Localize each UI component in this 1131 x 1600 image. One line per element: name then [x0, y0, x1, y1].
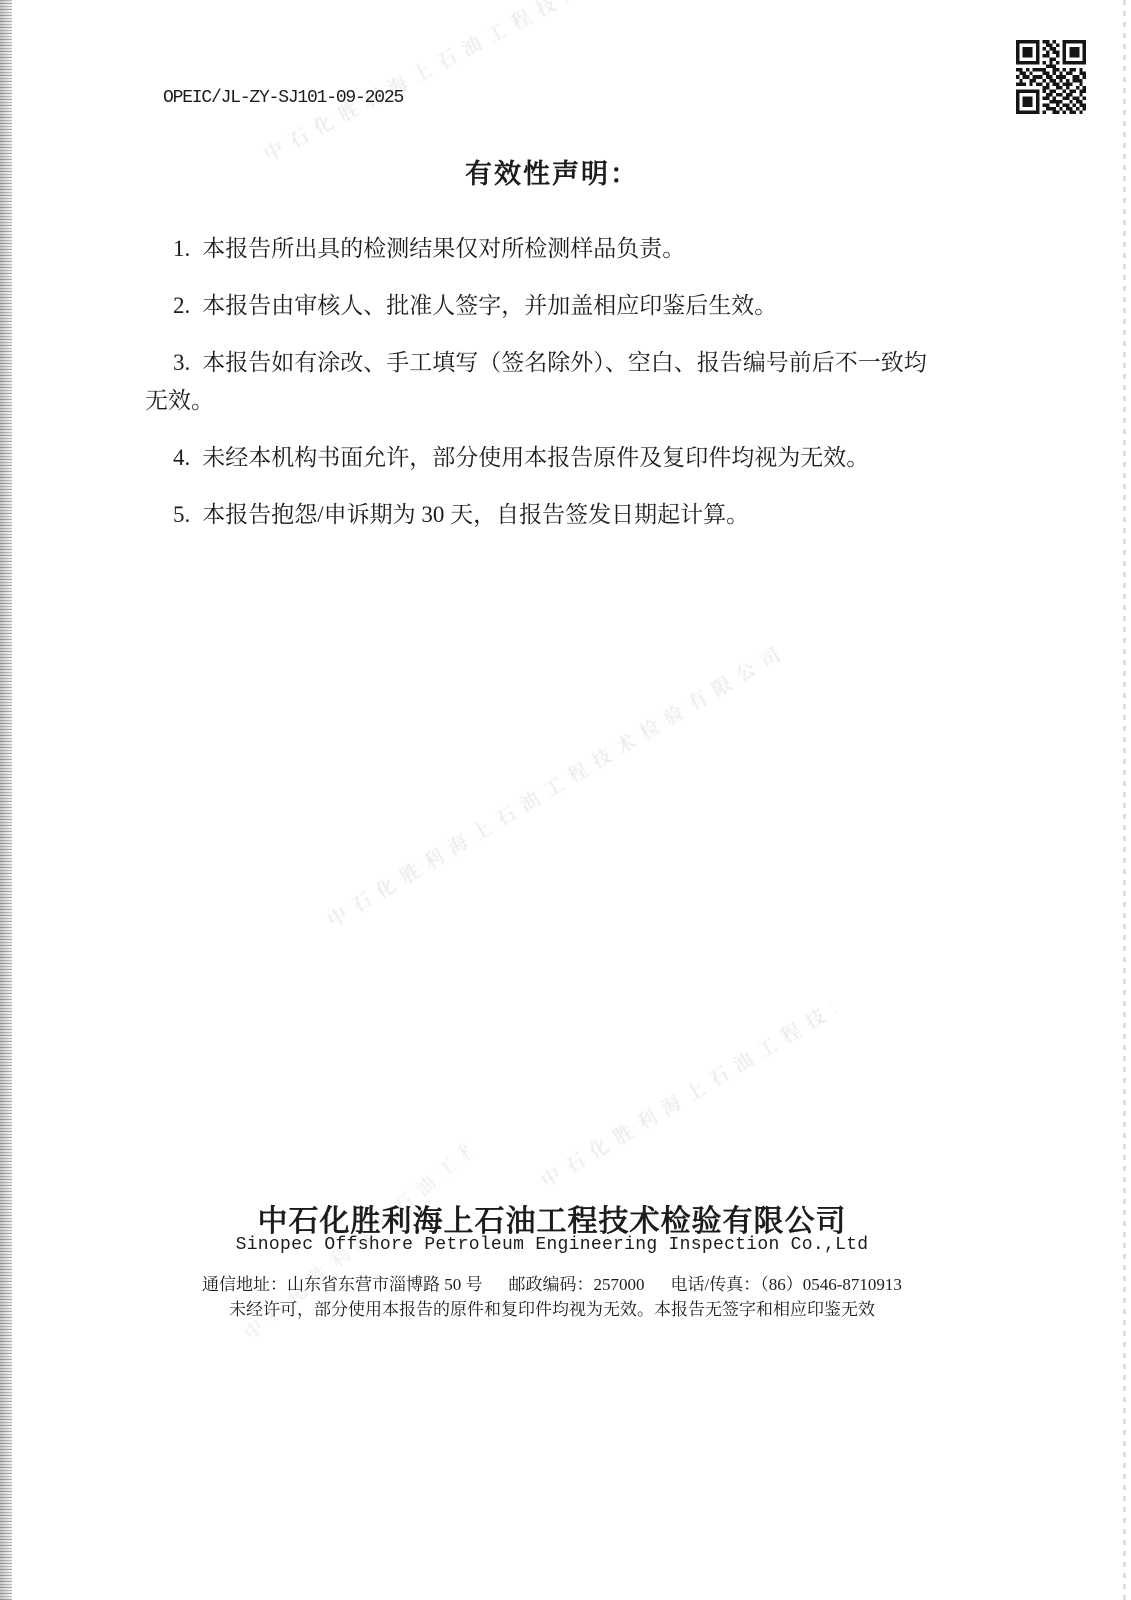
item-text: 本报告如有涂改、手工填写（签名除外）、空白、报告编号前后不一致均无效。	[145, 350, 927, 413]
list-item: 1.本报告所出具的检测结果仅对所检测样品负责。	[145, 230, 945, 268]
item-number: 4.	[173, 445, 190, 470]
contact-line: 通信地址：山东省东营市淄博路 50 号邮政编码：257000电话/传真：（86）…	[0, 1270, 1104, 1295]
page-title: 有效性声明：	[0, 152, 1104, 191]
item-number: 3.	[173, 350, 190, 375]
list-item: 4.未经本机构书面允许，部分使用本报告原件及复印件均视为无效。	[145, 439, 945, 477]
company-name-cn: 中石化胜利海上石油工程技术检验有限公司	[0, 1196, 1104, 1240]
item-number: 5.	[173, 502, 190, 527]
contact-phone-fax: 电话/传真：（86）0546-8710913	[671, 1275, 902, 1294]
qr-code	[1016, 40, 1086, 114]
list-item: 2.本报告由审核人、批准人签字，并加盖相应印鉴后生效。	[145, 287, 945, 325]
item-text: 本报告由审核人、批准人签字，并加盖相应印鉴后生效。	[202, 293, 777, 318]
list-item: 5.本报告抱怨/申诉期为 30 天，自报告签发日期起计算。	[145, 496, 945, 534]
contact-postal-code: 邮政编码：257000	[509, 1275, 645, 1294]
scan-edge-left	[0, 0, 12, 1600]
document-code: OPEIC/JL-ZY-SJ101-09-2025	[163, 88, 403, 108]
item-number: 2.	[173, 293, 190, 318]
scanned-report-page: 中石化胜利海上石油工程技术检验有限公司 中石化胜利海上石油工程技术检验有限公司 …	[0, 0, 1131, 1600]
list-item: 3.本报告如有涂改、手工填写（签名除外）、空白、报告编号前后不一致均无效。	[145, 344, 945, 420]
item-text: 未经本机构书面允许，部分使用本报告原件及复印件均视为无效。	[202, 445, 869, 470]
statement-list: 1.本报告所出具的检测结果仅对所检测样品负责。 2.本报告由审核人、批准人签字，…	[145, 230, 945, 553]
company-name-en: Sinopec Offshore Petroleum Engineering I…	[0, 1235, 1104, 1255]
contact-address: 通信地址：山东省东营市淄博路 50 号	[202, 1275, 483, 1294]
watermark: 中石化胜利海上石油工程技术检验有限公司	[267, 602, 847, 965]
watermark: 中石化胜利海上石油工程技术检验有限公司	[259, 0, 572, 167]
copy-notice: 未经许可，部分使用本报告的原件和复印件均视为无效。本报告无签字和相应印鉴无效	[0, 1295, 1104, 1320]
scan-edge-right	[1123, 0, 1126, 1600]
item-text: 本报告所出具的检测结果仅对所检测样品负责。	[202, 236, 685, 261]
item-text: 本报告抱怨/申诉期为 30 天，自报告签发日期起计算。	[202, 502, 749, 527]
item-number: 1.	[173, 236, 190, 261]
watermark: 中石化胜利海上石油工程技术检验有限公司	[535, 995, 840, 1193]
